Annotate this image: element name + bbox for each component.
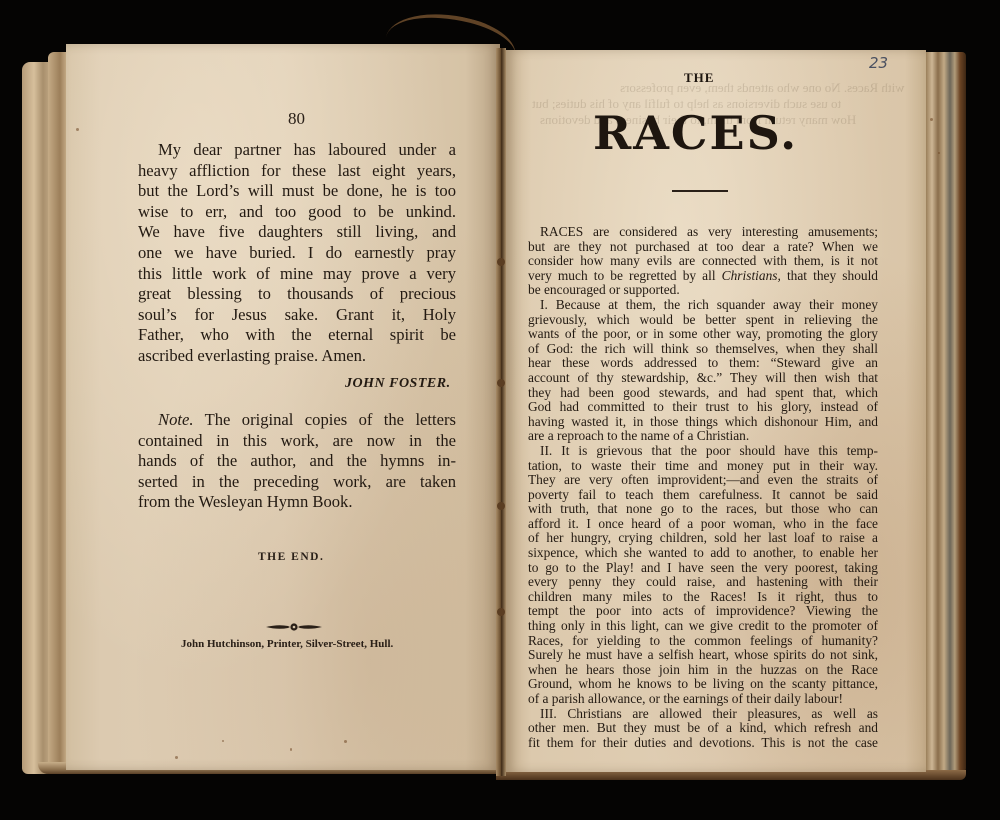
text-line: grievously, which would be better spent …	[528, 313, 878, 328]
text-line: wants of the poor, or in some other way,…	[528, 327, 878, 342]
bleed-through-text: with Races. No one who attends them, eve…	[620, 80, 905, 96]
text-line: but are they not purchased at too dear a…	[528, 240, 878, 255]
text-line: children many miles to the Races! Is it …	[528, 590, 878, 605]
text-line: to go to the Play! and I have seen the v…	[528, 561, 878, 576]
essay-body: RACES are considered as very interesting…	[528, 225, 878, 750]
text-line: from the Wesleyan Hymn Book.	[138, 492, 456, 513]
text-line: RACES are considered as very interesting…	[528, 225, 878, 240]
text-line: Surely he must have a selfish heart, who…	[528, 648, 878, 663]
note-label: Note.	[158, 410, 194, 429]
text-line: contained in this work, are now in the	[138, 431, 456, 452]
binding-stitch	[497, 608, 505, 616]
printer-imprint: John Hutchinson, Printer, Silver-Street,…	[181, 638, 393, 650]
text-line: We have five daughters still living, and	[138, 222, 456, 243]
text-line: are a reproach to the name of a Christia…	[528, 429, 878, 444]
text-line: hear these words addressed to them: “Ste…	[528, 356, 878, 371]
fleuron-ornament-icon	[266, 622, 322, 632]
text-line: afford it. I once heard of a poor woman,…	[528, 517, 878, 532]
text-line: serted in the preceding work, are taken	[138, 472, 456, 493]
text-line: one we have buried. I do earnestly pray	[138, 243, 456, 264]
emphasis: Christians,	[722, 268, 781, 283]
text-line: II. It is grievous that the poor should …	[528, 444, 878, 459]
letter-body: My dear partner has laboured under a hea…	[138, 140, 456, 367]
text-line: wise to err, and too good to be unkind.	[138, 202, 456, 223]
text-line: soul’s for Jesus sake. Grant it, Holy	[138, 305, 456, 326]
text-line: Father, who with the eternal spirit be	[138, 325, 456, 346]
text-line: tempt the poor into acts of improvidence…	[528, 604, 878, 619]
text-line: God had committed to their trust to his …	[528, 400, 878, 415]
text-line: Note. The original copies of the letters	[138, 410, 456, 431]
text-line: with truth, that none go to the races, b…	[528, 502, 878, 517]
text-line: be encouraged or supported.	[528, 283, 878, 298]
binding-stitch	[497, 502, 505, 510]
title-rule-divider	[672, 190, 728, 192]
binding-stitch	[497, 379, 505, 387]
text-line: hands of the author, and the hymns in-	[138, 451, 456, 472]
open-book: with Races. No one who attends them, eve…	[0, 0, 1000, 820]
text-line: I. Because at them, the rich squander aw…	[528, 298, 878, 313]
text-line: My dear partner has laboured under a	[138, 140, 456, 161]
binding-stitch	[497, 258, 505, 266]
text-line: fit them for their duties and devotions.…	[528, 736, 878, 751]
text-line: thing only in this light, can we give cr…	[528, 619, 878, 634]
pencil-folio-number: 23	[869, 54, 888, 72]
text-line: they had been good stewards, and had spe…	[528, 386, 878, 401]
right-page-block-edges	[926, 52, 966, 774]
text-line: sixpence, which she wanted to add to ano…	[528, 546, 878, 561]
book-gutter	[496, 48, 506, 776]
text-line: every penny they could raise, and hasten…	[528, 575, 878, 590]
text-line: ascribed everlasting praise. Amen.	[138, 346, 456, 367]
chapter-title: RACES.	[593, 106, 798, 160]
note-paragraph: Note. The original copies of the letters…	[138, 410, 456, 513]
text-line: They are very often improvident;—and eve…	[528, 473, 878, 488]
text-line: of a parish allowance, or the earnings o…	[528, 692, 878, 707]
text-line: Races, for yielding to the common feelin…	[528, 634, 878, 649]
text-line: when he hears those join him in the huzz…	[528, 663, 878, 678]
text-line: poverty fail to teach them carefulness. …	[528, 488, 878, 503]
text-line: having wasted it, in those things which …	[528, 415, 878, 430]
text-line: tation, to waste their time and money pu…	[528, 459, 878, 474]
text-line: Ground, whom he knows to be living on th…	[528, 677, 878, 692]
text-line: this little work of mine may prove a ver…	[138, 264, 456, 285]
author-signature: JOHN FOSTER.	[345, 376, 451, 392]
text-line: III. Christians are allowed their pleasu…	[528, 707, 878, 722]
text-line: very much to be regretted by all Christi…	[528, 269, 878, 284]
text-line: other men. But they must be of a kind, w…	[528, 721, 878, 736]
text-line: of God: the rich will think so themselve…	[528, 342, 878, 357]
page-number: 80	[288, 109, 305, 129]
the-end-mark: THE END.	[258, 551, 324, 563]
text-line: but the Lord’s will must be done, he is …	[138, 181, 456, 202]
text-line: account of thy stewardship, &c.” They wi…	[528, 371, 878, 386]
title-article: THE	[684, 70, 714, 86]
text-line: heavy affliction for these last eight ye…	[138, 161, 456, 182]
text-line: great blessing to thousands of precious	[138, 284, 456, 305]
text-line: of her hungry, crying children, sold her…	[528, 531, 878, 546]
text-line: consider how many evils are connected wi…	[528, 254, 878, 269]
